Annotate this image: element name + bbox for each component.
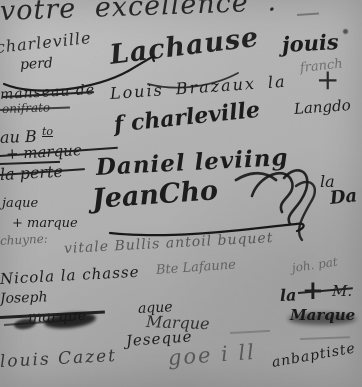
signature-louis-brazaux: Louis Brazaux la xyxy=(109,74,287,102)
signature-jaque: jaque xyxy=(2,197,38,210)
signature-nicola-la-chasse: Nicola la chasse xyxy=(0,265,140,287)
signature-f-charleville: f charleville xyxy=(113,99,261,136)
signature-goeill: goe i ll xyxy=(167,342,256,369)
faint-mark-line xyxy=(230,330,270,334)
signature-perd: perd xyxy=(20,56,54,72)
flourish-cross-stroke xyxy=(236,173,276,180)
heading-votre-excellence: votre excellence . xyxy=(0,0,277,25)
faint-mark-line xyxy=(300,336,350,340)
signature-langdo: Langdo xyxy=(293,98,351,117)
ink-blot-small xyxy=(13,318,36,331)
signature-m-dot: M. xyxy=(332,284,352,299)
signature-da: Da xyxy=(329,187,358,208)
signature-jouis: jouis xyxy=(281,31,339,55)
signature-joseph: Joseph xyxy=(0,290,48,306)
signature-la-b: la xyxy=(280,287,297,304)
signature-anbaptiste: anbaptiste xyxy=(271,341,357,370)
signature-jean-cho: JeanCho xyxy=(91,177,219,213)
signature-joh-pat: joh. pat xyxy=(291,256,338,274)
signature-daniel-leviing: Daniel leviing xyxy=(95,146,289,179)
signature-chuyne: chuyne: xyxy=(0,233,48,247)
signature-vitale-buquet: vitale Bullis antoil buquet xyxy=(64,231,274,256)
ink-speck xyxy=(343,29,348,34)
cross-mark: + xyxy=(316,66,339,94)
signature-charleville: charleville xyxy=(0,30,92,56)
signature-bto-superscript: to xyxy=(42,126,53,137)
signature-lachause: Lachause xyxy=(108,24,260,69)
document-scan: votre excellence . charleville perd Lach… xyxy=(0,0,362,387)
paraph-scribble xyxy=(296,182,315,240)
signature-marque-b: + marque xyxy=(12,217,78,230)
paraph-scribble xyxy=(284,170,307,224)
stray-dash-mark xyxy=(297,12,319,16)
signature-louis-cazet: louis Cazet xyxy=(0,348,117,371)
signature-bte-lafaune: Bte Lafaune xyxy=(156,258,237,277)
paraph-scribble xyxy=(252,173,293,212)
ink-smudge xyxy=(288,313,356,325)
